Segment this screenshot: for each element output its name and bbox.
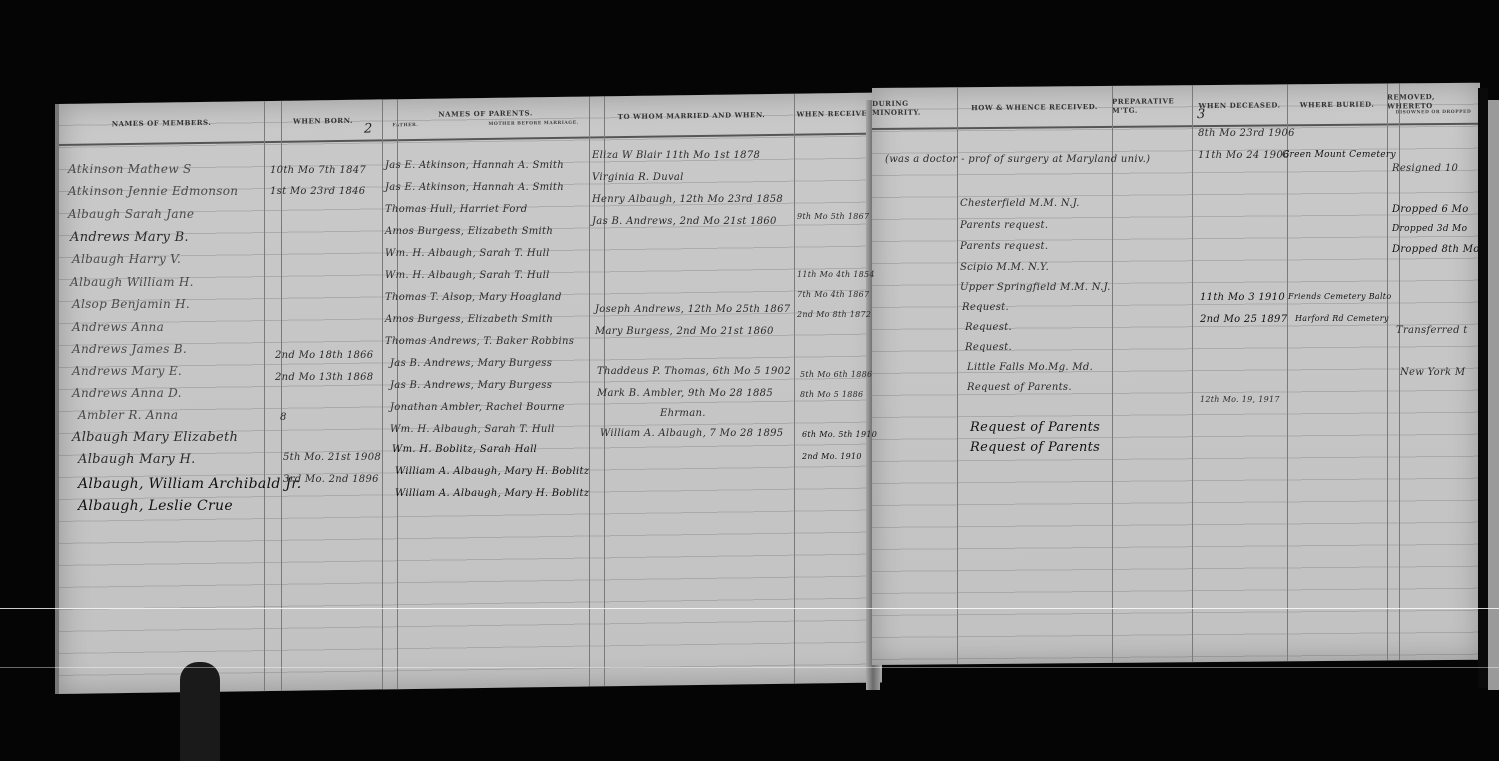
page-number-right: 3 (1197, 107, 1205, 122)
column-rule (794, 94, 795, 684)
entry-name: Andrews Mary E. (72, 364, 182, 378)
entry-received: 7th Mo 4th 1867 (797, 290, 869, 299)
entry-deceased: 2nd Mo 25 1897 (1200, 314, 1287, 325)
entry-parents: Wm. H. Boblitz, Sarah Hall (392, 444, 537, 455)
entry-deceased: 11th Mo 24 1906 (1198, 150, 1290, 161)
entry-name: Alsop Benjamin H. (72, 297, 190, 311)
entry-buried: Green Mount Cemetery (1282, 150, 1396, 160)
entry-married: Eliza W Blair 11th Mo 1st 1878 (592, 150, 760, 161)
col-head-names: Names of Members. (59, 101, 264, 144)
entry-parents: Jas B. Andrews, Mary Burgess (390, 358, 552, 369)
entry-born: 3rd Mo. 2nd 1896 (283, 474, 379, 485)
entry-removed: Resigned 10 (1392, 163, 1458, 174)
entry-how: Request. (965, 322, 1012, 333)
page-edge-mask (1478, 88, 1488, 688)
entry-born: 2nd Mo 13th 1868 (275, 372, 373, 383)
entry-how: Request. (965, 342, 1012, 353)
column-rule (1112, 86, 1113, 663)
column-rule (1192, 85, 1193, 662)
col-head-how: How & Whence Received. (957, 86, 1112, 127)
entry-received: 6th Mo. 5th 1910 (802, 430, 877, 439)
entry-name: Albaugh Mary H. (78, 452, 196, 467)
entry-parents: Thomas Andrews, T. Baker Robbins (385, 336, 574, 347)
col-head-married: To Whom Married and When. (589, 94, 794, 137)
entry-name: Andrews James B. (72, 342, 187, 356)
column-rule (1387, 83, 1388, 660)
entry-parents: Jas B. Andrews, Mary Burgess (390, 380, 552, 391)
entry-how: Parents request. (960, 220, 1048, 231)
entry-how: Request. (962, 302, 1009, 313)
entry-buried: Friends Cemetery Balto (1288, 292, 1391, 301)
entry-removed: New York M (1400, 367, 1465, 378)
entry-removed: Dropped 6 Mo (1392, 204, 1469, 215)
col-head-buried: Where Buried. (1287, 84, 1387, 125)
entry-buried: Harford Rd Cemetery (1295, 314, 1389, 323)
entry-parents: Amos Burgess, Elizabeth Smith (385, 226, 553, 237)
entry-name: Andrews Anna (72, 320, 164, 334)
entry-married: Joseph Andrews, 12th Mo 25th 1867 (595, 304, 790, 315)
column-rule (264, 101, 265, 691)
entry-married: Jas B. Andrews, 2nd Mo 21st 1860 (592, 216, 777, 227)
col-head-minority: During Minority. (872, 87, 957, 128)
col-head-prep: Preparative M'tg. (1112, 85, 1192, 126)
column-rule (957, 87, 958, 664)
entry-married: Thaddeus P. Thomas, 6th Mo 5 1902 (597, 366, 791, 377)
entry-name: Albaugh Mary Elizabeth (72, 430, 238, 445)
entry-parents: Wm. H. Albaugh, Sarah T. Hull (390, 424, 555, 435)
column-rule (382, 99, 383, 689)
entry-name: Albaugh William H. (70, 275, 194, 289)
entry-how: Request of Parents (970, 440, 1100, 455)
entry-parents: Jas E. Atkinson, Hannah A. Smith (385, 182, 564, 193)
entry-how: Upper Springfield M.M. N.J. (960, 282, 1111, 293)
entry-married: Mark B. Ambler, 9th Mo 28 1885 (597, 388, 773, 399)
entry-married: Henry Albaugh, 12th Mo 23rd 1858 (592, 194, 783, 205)
page-number-left: 2 (364, 122, 372, 137)
entry-parents: William A. Albaugh, Mary H. Boblitz (395, 466, 589, 477)
entry-deceased: 11th Mo 3 1910 (1200, 292, 1285, 303)
entry-name: Albaugh Sarah Jane (68, 207, 194, 221)
entry-minority-note: (was a doctor - prof of surgery at Maryl… (885, 154, 1150, 165)
entry-received: 9th Mo 5th 1867 (797, 212, 869, 221)
entry-name: Ambler R. Anna (78, 408, 178, 422)
entry-married: Virginia R. Duval (592, 172, 684, 183)
entry-born: 2nd Mo 18th 1866 (275, 350, 373, 361)
left-header-row: Names of Members. When Born. Names of Pa… (59, 92, 882, 145)
entry-name: Albaugh, Leslie Crue (78, 498, 233, 514)
ledger-scan: Names of Members. When Born. Names of Pa… (0, 0, 1499, 761)
column-rule (1287, 84, 1288, 661)
right-header-row: During Minority. How & Whence Received. … (872, 83, 1480, 130)
entry-received: 8th Mo 5 1886 (800, 390, 863, 399)
entry-parents: Jas E. Atkinson, Hannah A. Smith (385, 160, 564, 171)
entry-born: 8 (280, 412, 287, 423)
col-head-removed: Removed, Whereto Disowned or Dropped (1387, 83, 1480, 124)
entry-married: Mary Burgess, 2nd Mo 21st 1860 (595, 326, 774, 337)
entry-parents: Thomas T. Alsop, Mary Hoagland (385, 292, 562, 303)
entry-name: Albaugh Harry V. (72, 252, 181, 266)
entry-received: 2nd Mo 8th 1872 (797, 310, 871, 319)
entry-how: Chesterfield M.M. N.J. (960, 198, 1080, 209)
entry-name: Atkinson Jennie Edmonson (68, 184, 238, 198)
entry-removed: Transferred t (1396, 325, 1468, 336)
entry-born: 10th Mo 7th 1847 (270, 165, 366, 176)
entry-how: Request of Parents. (967, 382, 1072, 393)
entry-parents: Jonathan Ambler, Rachel Bourne (390, 402, 565, 413)
entry-born: 1st Mo 23rd 1846 (270, 186, 365, 197)
entry-parents: Thomas Hull, Harriet Ford (385, 204, 527, 215)
entry-name: Atkinson Mathew S (68, 162, 192, 176)
entry-removed: Dropped 3d Mo (1392, 224, 1467, 234)
col-head-parents: Names of Parents. Father. Mother before … (382, 97, 589, 140)
entry-married: Ehrman. (660, 408, 706, 419)
entry-name: Andrews Mary B. (70, 230, 189, 245)
entry-deceased: 8th Mo 23rd 1906 (1198, 128, 1295, 139)
entry-parents: Amos Burgess, Elizabeth Smith (385, 314, 553, 325)
entry-received: 5th Mo 6th 1886 (800, 370, 872, 379)
entry-how: Parents request. (960, 241, 1048, 252)
entry-how: Scipio M.M. N.Y. (960, 262, 1049, 273)
entry-parents: Wm. H. Albaugh, Sarah T. Hull (385, 270, 550, 281)
thumb-holding-page (180, 662, 220, 761)
entry-received: 2nd Mo. 1910 (802, 452, 862, 461)
entry-parents: Wm. H. Albaugh, Sarah T. Hull (385, 248, 550, 259)
entry-parents: William A. Albaugh, Mary H. Boblitz (395, 488, 589, 499)
entry-born: 5th Mo. 21st 1908 (283, 452, 381, 463)
next-page-sliver (1488, 100, 1499, 690)
scan-artifact-line (0, 608, 1499, 609)
entry-name: Albaugh, William Archibald Jr. (78, 476, 301, 492)
entry-how: Little Falls Mo.Mg. Md. (967, 362, 1093, 373)
right-page: During Minority. How & Whence Received. … (872, 83, 1480, 665)
entry-received: 11th Mo 4th 1854 (797, 270, 875, 279)
scan-artifact-line (0, 667, 1499, 668)
entry-deceased: 12th Mo. 19, 1917 (1200, 395, 1280, 404)
entry-removed: Dropped 8th Mo (1392, 244, 1480, 255)
col-head-deceased: When Deceased. (1192, 84, 1287, 125)
column-rule (589, 97, 590, 687)
entry-married: William A. Albaugh, 7 Mo 28 1895 (600, 428, 783, 439)
entry-how: Request of Parents (970, 420, 1100, 435)
sub-mother: Mother before Marriage. (488, 121, 578, 127)
entry-name: Andrews Anna D. (72, 386, 182, 400)
